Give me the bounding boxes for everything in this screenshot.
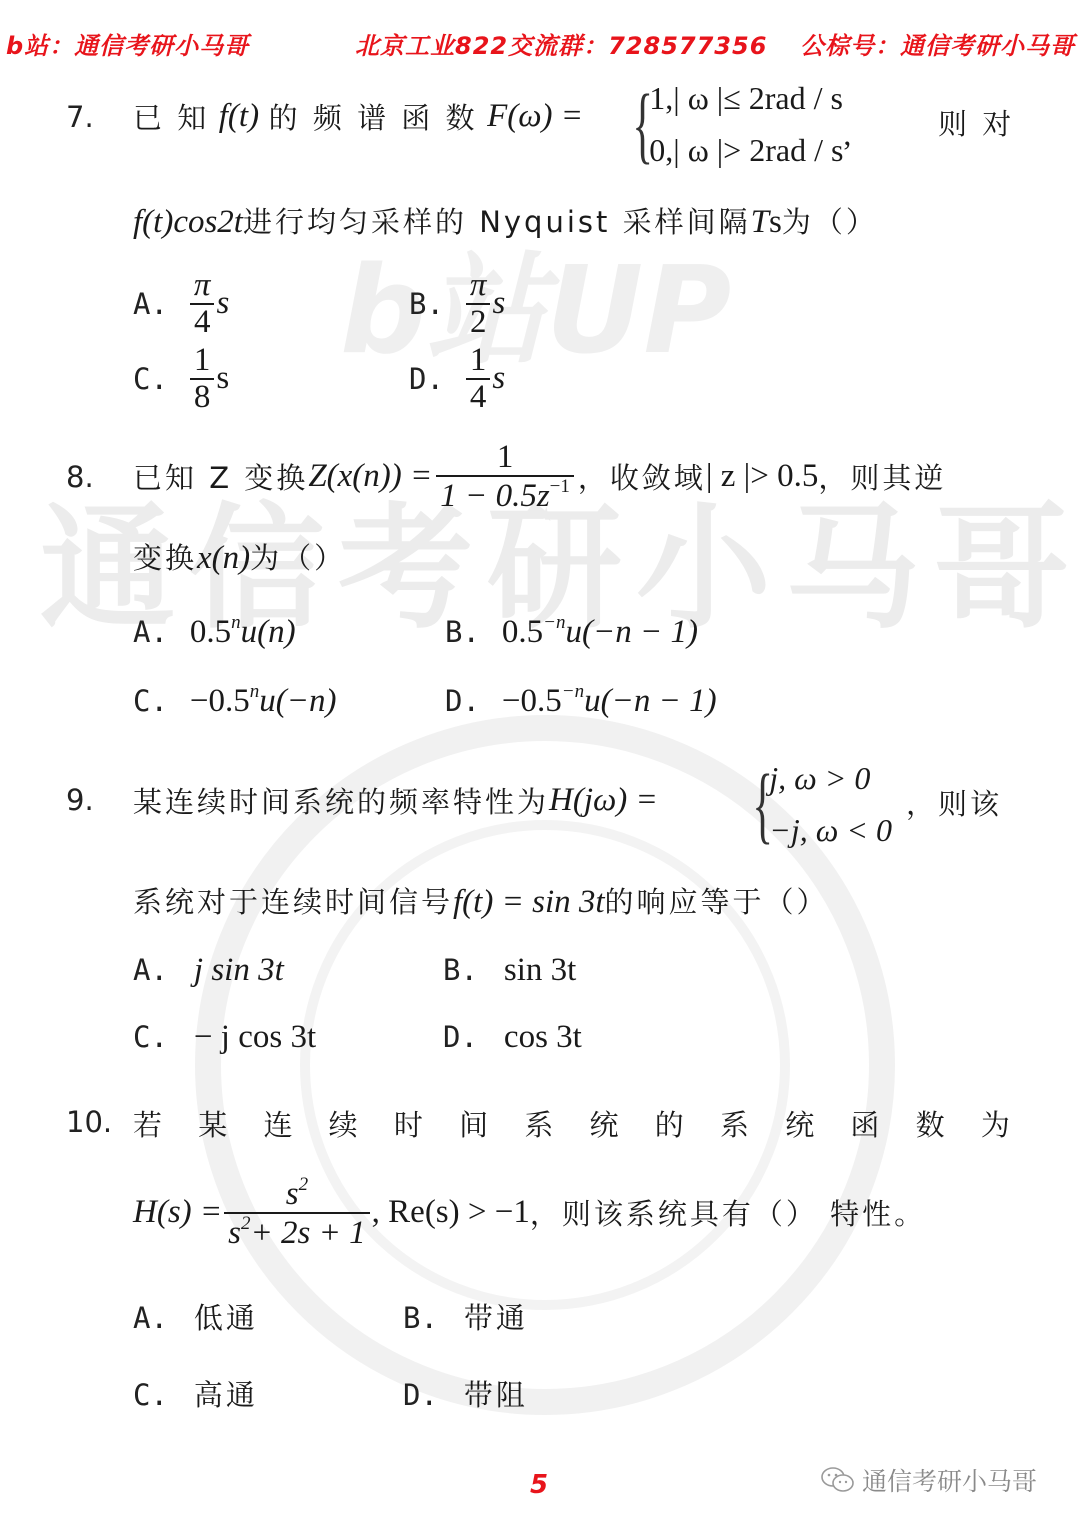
q8-option-d[interactable]: D. −0.5−nu(−n − 1) — [445, 681, 775, 720]
q9-options: A. j sin 3t B. sin 3t C. − j cos 3t D. c… — [133, 952, 743, 1056]
q8-option-c[interactable]: C. −0.5nu(−n) — [133, 681, 445, 720]
wechat-attribution: 通信考研小马哥 — [820, 1462, 1037, 1498]
q8-stem: 已知 Z 变换 Z(x(n)) = 11 − 0.5z−1 ，收敛域 | z |… — [133, 440, 946, 513]
q9-piecewise: { j, ω > 0 −j, ω < 0 — [742, 752, 892, 856]
left-brace-icon: { — [632, 81, 653, 167]
q9-number: 9. — [66, 783, 94, 817]
q9-option-a[interactable]: A. j sin 3t — [133, 952, 443, 989]
q9-option-b[interactable]: B. sin 3t — [443, 952, 743, 989]
q8-option-b[interactable]: B. 0.5−nu(−n − 1) — [445, 612, 775, 651]
q7-option-d[interactable]: D. 14 s — [409, 343, 685, 414]
q7-options: A. π4 s B. π2 s C. 18 s D. 14 s — [133, 268, 685, 415]
header-bilibili: b站：通信考研小马哥 — [6, 26, 249, 61]
q9-stem: 某连续时间系统的频率特性为 H(jω) = — [133, 780, 658, 821]
q7-line2: f(t)cos2t 进行均匀采样的 Nyquist 采样间隔 Ts 为（） — [133, 200, 878, 241]
q10-option-c[interactable]: C. 高通 — [133, 1373, 403, 1414]
q7-piecewise: { 1,| ω |≤ 2rad / s 0,| ω |> 2rad / s , — [622, 72, 851, 176]
q8-number: 8. — [66, 460, 94, 494]
q7-option-b[interactable]: B. π2 s — [409, 268, 685, 339]
header-group: 北京工业822交流群：728577356 — [355, 26, 767, 61]
q10-number: 10. — [66, 1105, 112, 1139]
q9-option-c[interactable]: C. − j cos 3t — [133, 1019, 443, 1056]
q9-stem-tail: ，则该 — [906, 782, 1002, 823]
q7-stem: 已 知 f(t) 的 频 谱 函 数 F(ω) = — [133, 96, 583, 137]
q10-stem: 若 某 连 续 时 间 系 统 的 系 统 函 数 为 — [133, 1103, 1013, 1144]
q7-option-c[interactable]: C. 18 s — [133, 343, 409, 414]
q8-line2: 变换 x(n) 为（） — [133, 536, 346, 577]
q7-number: 7. — [66, 100, 94, 134]
q10-option-d[interactable]: D. 带阻 — [403, 1373, 663, 1414]
q7-stem-tail: 则 对 — [938, 102, 1014, 143]
q10-option-a[interactable]: A. 低通 — [133, 1296, 403, 1337]
q9-option-d[interactable]: D. cos 3t — [443, 1019, 743, 1056]
q8-option-a[interactable]: A. 0.5nu(n) — [133, 612, 445, 651]
left-brace-icon: { — [752, 761, 773, 847]
q7-option-a[interactable]: A. π4 s — [133, 268, 409, 339]
header-account: 公棕号：通信考研小马哥 — [800, 26, 1075, 61]
q10-line2: H(s) = s2 s2+ 2s + 1 , Re(s) > −1 ，则该系统具… — [133, 1175, 926, 1250]
page-number: 5 — [530, 1470, 548, 1500]
q8-options: A. 0.5nu(n) B. 0.5−nu(−n − 1) C. −0.5nu(… — [133, 612, 775, 720]
wechat-account-name: 通信考研小马哥 — [862, 1462, 1037, 1498]
wechat-icon — [820, 1465, 856, 1495]
q9-line2: 系统对于连续时间信号 f(t) = sin 3t 的响应等于（） — [133, 880, 829, 921]
q10-options: A. 低通 B. 带通 C. 高通 D. 带阻 — [133, 1296, 663, 1414]
q10-option-b[interactable]: B. 带通 — [403, 1296, 663, 1337]
